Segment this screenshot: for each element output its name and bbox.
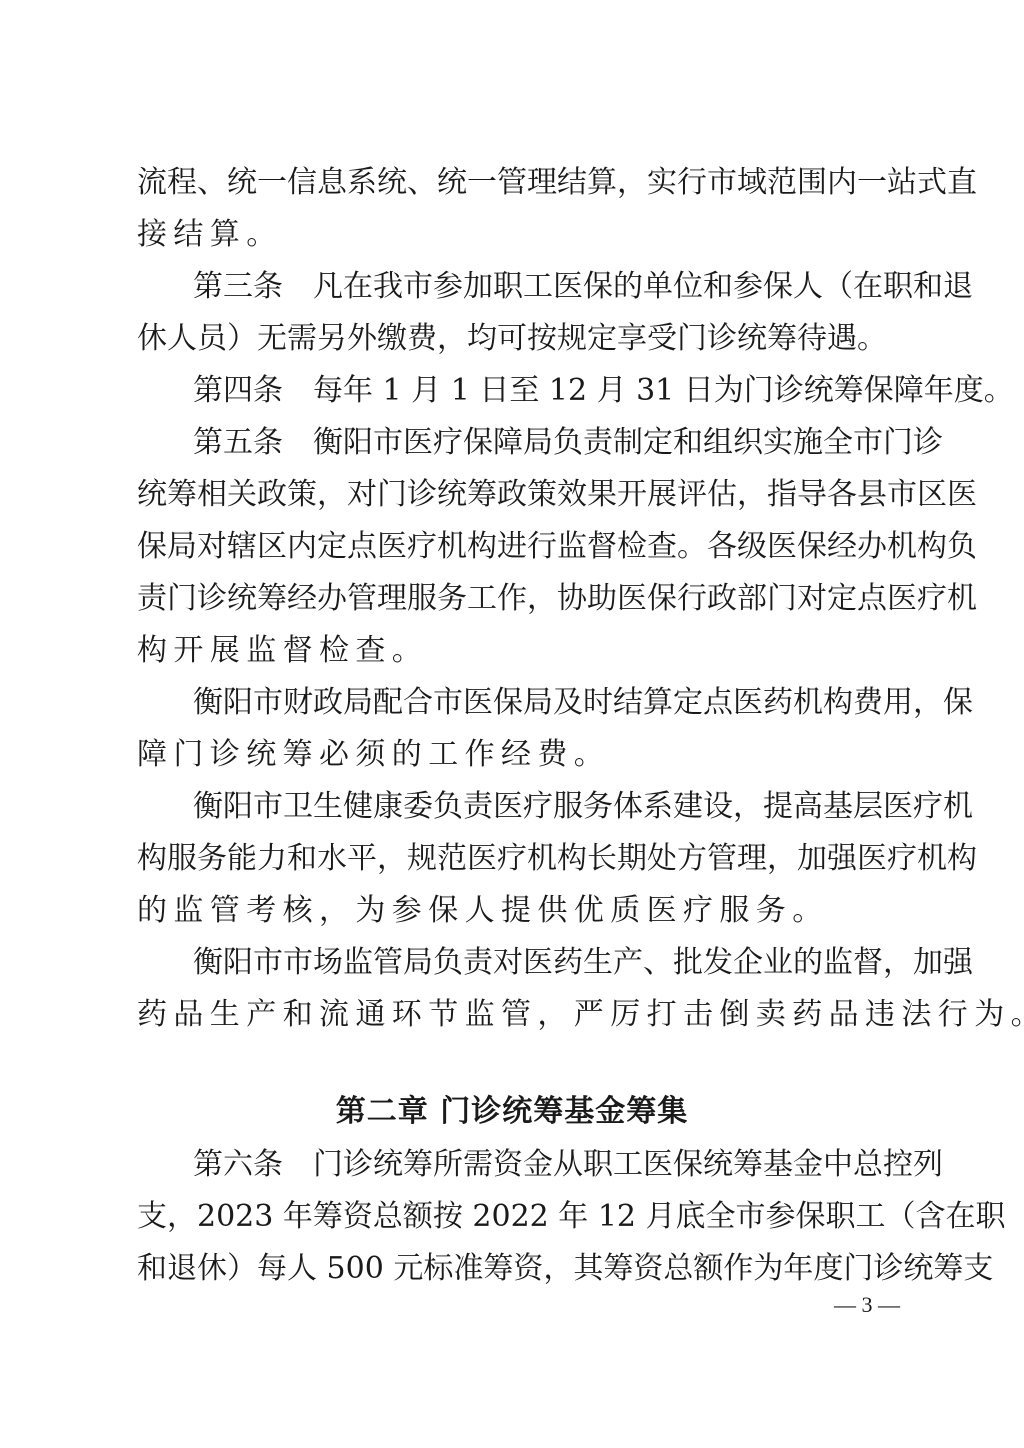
article-4-line-1: 第四条 每年 1 月 1 日至 12 月 31 日为门诊统筹保障年度。	[193, 365, 897, 417]
article-5-line-5: 构开展监督检查。	[137, 625, 897, 677]
article-6-line-1: 第六条 门诊统筹所需资金从职工医保统筹基金中总控列	[193, 1139, 897, 1191]
finance-bureau-line-1: 衡阳市财政局配合市医保局及时结算定点医药机构费用，保	[193, 677, 897, 729]
article-5-line-3: 保局对辖区内定点医疗机构进行监督检查。各级医保经办机构负	[137, 521, 897, 573]
article-6-line-2: 支，2023 年筹资总额按 2022 年 12 月底全市参保职工（含在职	[137, 1191, 897, 1243]
article-5-line-2: 统筹相关政策，对门诊统筹政策效果开展评估，指导各县市区医	[137, 469, 897, 521]
document-page: 流程、统一信息系统、统一管理结算，实行市域范围内一站式直 接结算。 第三条 凡在…	[0, 0, 1024, 1448]
market-regulation-line-1: 衡阳市市场监管局负责对医药生产、批发企业的监督，加强	[193, 937, 897, 989]
text-line-article2-end: 接结算。	[137, 209, 897, 261]
article-3-line-2: 休人员）无需另外缴费，均可按规定享受门诊统筹待遇。	[137, 313, 897, 365]
page-number: — 3 —	[834, 1291, 900, 1319]
text-line-article2-continued: 流程、统一信息系统、统一管理结算，实行市域范围内一站式直	[137, 157, 897, 209]
article-3-line-1: 第三条 凡在我市参加职工医保的单位和参保人（在职和退	[193, 261, 897, 313]
finance-bureau-line-2: 障门诊统筹必须的工作经费。	[137, 729, 897, 781]
chapter-heading: 第二章 门诊统筹基金筹集	[0, 1086, 1024, 1138]
health-commission-line-3: 的监管考核，为参保人提供优质医疗服务。	[137, 885, 897, 937]
article-6-line-3: 和退休）每人 500 元标准筹资，其筹资总额作为年度门诊统筹支	[137, 1243, 897, 1295]
article-5-line-4: 责门诊统筹经办管理服务工作，协助医保行政部门对定点医疗机	[137, 573, 897, 625]
article-5-line-1: 第五条 衡阳市医疗保障局负责制定和组织实施全市门诊	[193, 417, 897, 469]
health-commission-line-1: 衡阳市卫生健康委负责医疗服务体系建设，提高基层医疗机	[193, 781, 897, 833]
market-regulation-line-2: 药品生产和流通环节监管，严厉打击倒卖药品违法行为。	[137, 989, 897, 1041]
health-commission-line-2: 构服务能力和水平，规范医疗机构长期处方管理，加强医疗机构	[137, 833, 897, 885]
